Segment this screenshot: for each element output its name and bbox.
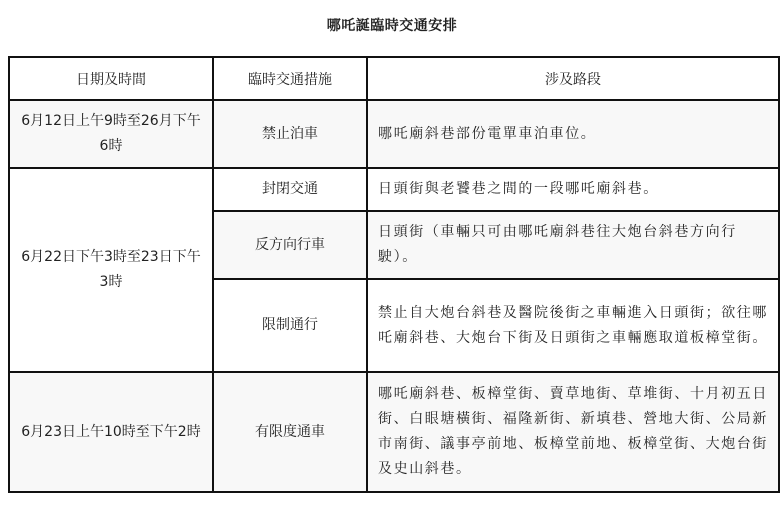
measure-cell: 封閉交通	[213, 168, 367, 211]
traffic-arrangement-table: 日期及時間 臨時交通措施 涉及路段 6月12日上午9時至26月下午6時 禁止泊車…	[8, 56, 780, 493]
route-cell: 哪吒廟斜巷部份電單車泊車位。	[367, 100, 779, 168]
header-affected-roads: 涉及路段	[367, 57, 779, 100]
measure-cell: 禁止泊車	[213, 100, 367, 168]
measure-cell: 限制通行	[213, 279, 367, 372]
date-cell: 6月22日下午3時至23日下午3時	[9, 168, 213, 372]
table-row: 6月23日上午10時至下午2時 有限度通車 哪吒廟斜巷、板樟堂街、賣草地街、草堆…	[9, 372, 779, 492]
date-cell: 6月12日上午9時至26月下午6時	[9, 100, 213, 168]
header-temporary-measure: 臨時交通措施	[213, 57, 367, 100]
measure-cell: 有限度通車	[213, 372, 367, 492]
page-title: 哪吒誕臨時交通安排	[0, 15, 784, 35]
header-date-time: 日期及時間	[9, 57, 213, 100]
route-cell: 日頭街與老饕巷之間的一段哪吒廟斜巷。	[367, 168, 779, 211]
route-cell: 禁止自大炮台斜巷及醫院後街之車輛進入日頭街；欲往哪吒廟斜巷、大炮台下街及日頭街之…	[367, 279, 779, 372]
table-header-row: 日期及時間 臨時交通措施 涉及路段	[9, 57, 779, 100]
table-row: 6月22日下午3時至23日下午3時 封閉交通 日頭街與老饕巷之間的一段哪吒廟斜巷…	[9, 168, 779, 211]
route-cell: 哪吒廟斜巷、板樟堂街、賣草地街、草堆街、十月初五日街、白眼塘橫街、福隆新街、新填…	[367, 372, 779, 492]
measure-cell: 反方向行車	[213, 211, 367, 279]
route-cell: 日頭街（車輛只可由哪吒廟斜巷往大炮台斜巷方向行駛）。	[367, 211, 779, 279]
date-cell: 6月23日上午10時至下午2時	[9, 372, 213, 492]
table-row: 6月12日上午9時至26月下午6時 禁止泊車 哪吒廟斜巷部份電單車泊車位。	[9, 100, 779, 168]
